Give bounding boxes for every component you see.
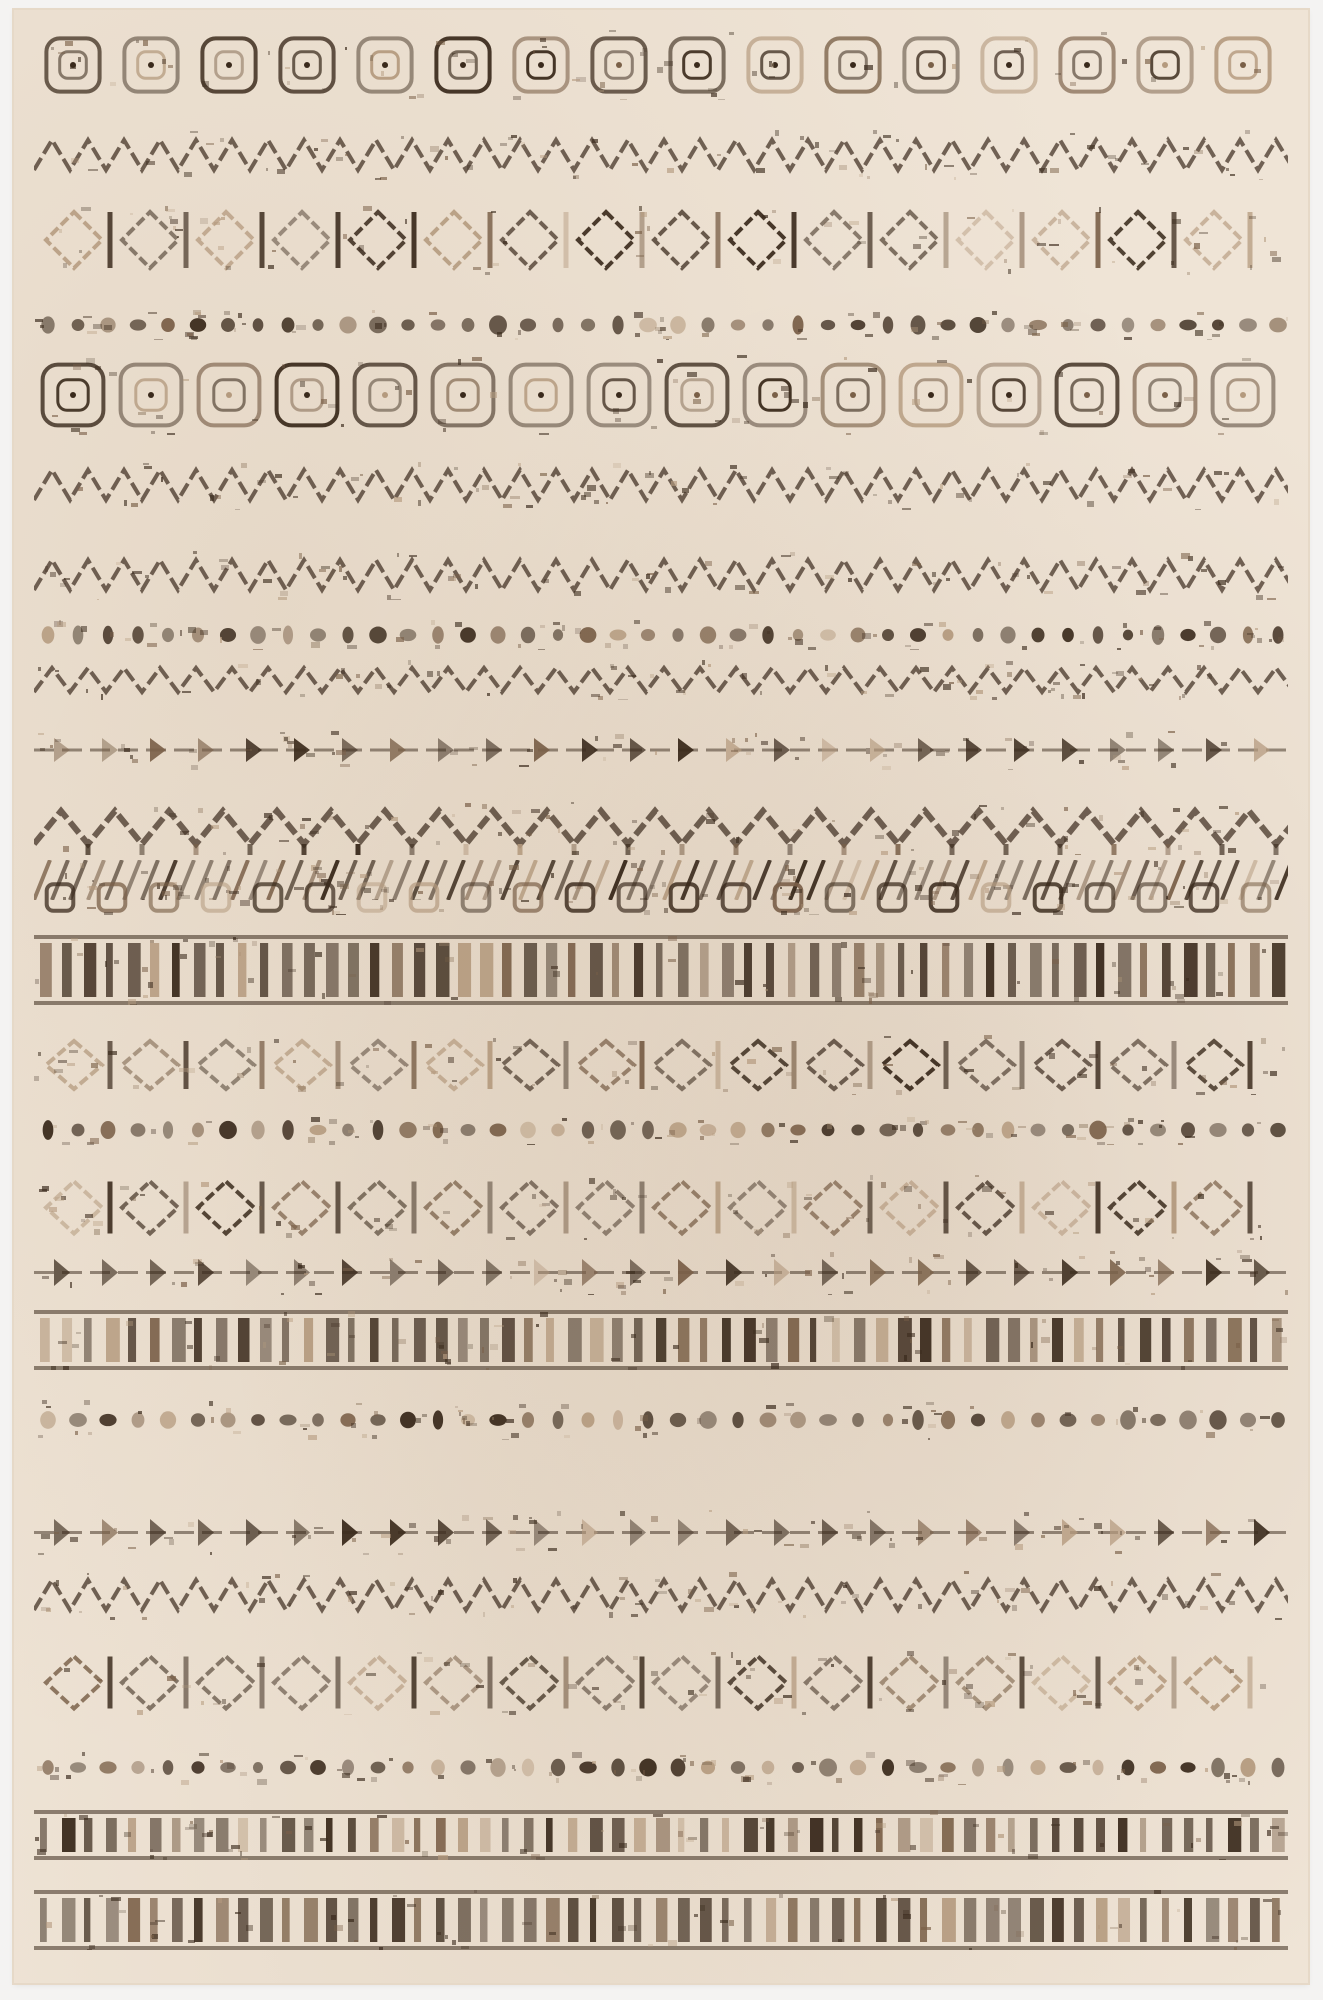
pattern-band-zigzag xyxy=(34,130,1288,180)
pattern-band-dots xyxy=(34,310,1288,340)
pattern-band-spirals xyxy=(34,355,1288,435)
pattern-band-arrows xyxy=(34,730,1288,770)
pattern-band-stripes xyxy=(34,1890,1288,1950)
pattern-band-circles xyxy=(34,880,1288,915)
pattern-band-zigzag xyxy=(34,1570,1288,1620)
pattern-band-diamonds xyxy=(34,1035,1288,1095)
pattern-band-dots xyxy=(34,620,1288,650)
pattern-band-diamonds xyxy=(34,1175,1288,1240)
pattern-band-spirals xyxy=(34,30,1288,100)
pattern-band-dots xyxy=(34,1400,1288,1440)
pattern-band-stripes xyxy=(34,1810,1288,1860)
pattern-band-stripes xyxy=(34,935,1288,1005)
rug xyxy=(14,10,1308,1983)
pattern-band-arrows xyxy=(34,1250,1288,1295)
pattern-band-dots xyxy=(34,1750,1288,1785)
pattern-band-arrows xyxy=(34,1510,1288,1555)
pattern-band-dots xyxy=(34,1115,1288,1145)
pattern-band-zigzag xyxy=(34,660,1288,700)
pattern-band-zigzag xyxy=(34,550,1288,600)
pattern-band-diamonds xyxy=(34,205,1288,275)
pattern-band-stripes xyxy=(34,1310,1288,1370)
pattern-band-diamonds xyxy=(34,1650,1288,1715)
pattern-band-zigzag xyxy=(34,460,1288,510)
pattern-band-ya xyxy=(34,800,1288,855)
